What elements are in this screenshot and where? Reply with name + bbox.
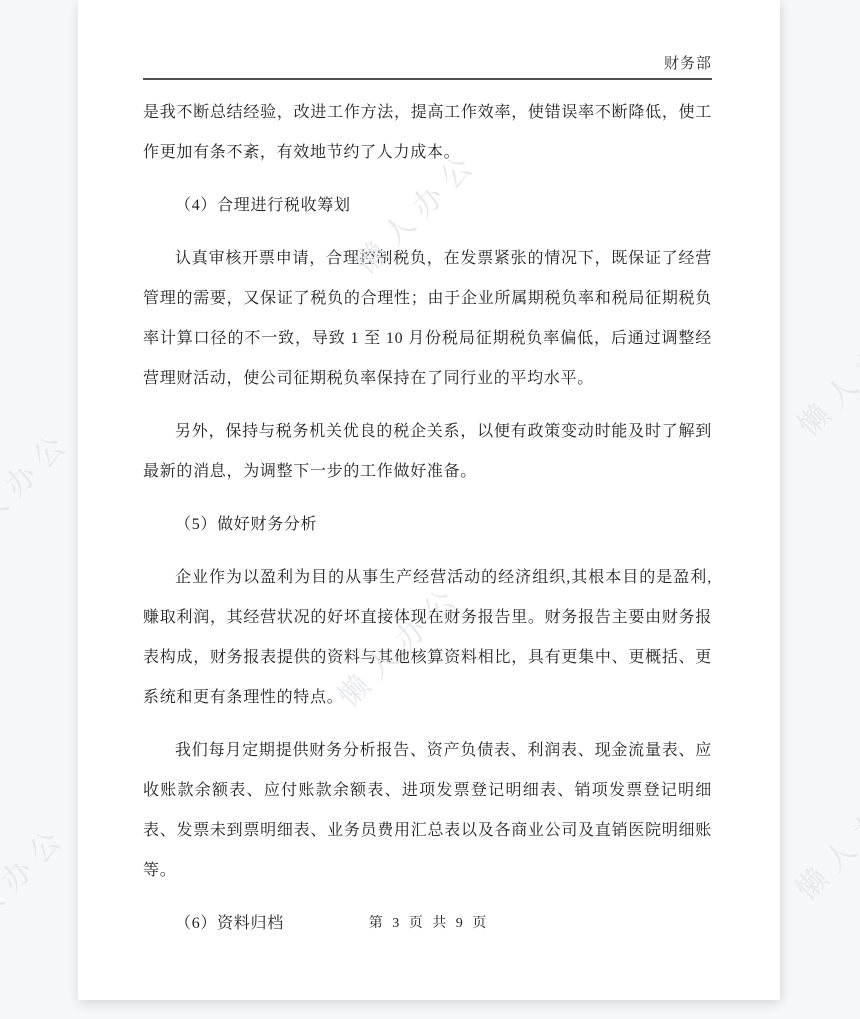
- page-header-department: 财务部: [143, 0, 712, 80]
- document-page: 财务部 是我不断总结经验，改进工作方法，提高工作效率，使错误率不断降低，使工作更…: [78, 0, 780, 1000]
- page-content: 财务部 是我不断总结经验，改进工作方法，提高工作效率，使错误率不断降低，使工作更…: [78, 0, 780, 944]
- section-heading-5: （5）做好财务分析: [143, 505, 712, 545]
- body-paragraph-financial-analysis: 企业作为以盈利为目的从事生产经营活动的经济组织,其根本目的是盈利,赚取利润，其经…: [143, 558, 712, 718]
- document-viewer-canvas: 财务部 是我不断总结经验，改进工作方法，提高工作效率，使错误率不断降低，使工作更…: [0, 0, 860, 1019]
- section-heading-4: （4）合理进行税收筹划: [143, 186, 712, 226]
- body-paragraph-monthly-reports: 我们每月定期提供财务分析报告、资产负债表、利润表、现金流量表、应收账款余额表、应…: [143, 731, 712, 891]
- document-body: 是我不断总结经验，改进工作方法，提高工作效率，使错误率不断降低，使工作更加有条不…: [143, 93, 712, 944]
- watermark-text: 懒人办公: [784, 764, 860, 908]
- body-paragraph-tax-review: 认真审核开票申请，合理控制税负，在发票紧张的情况下，既保证了经营管理的需要，又保…: [143, 239, 712, 399]
- body-paragraph-tax-relations: 另外，保持与税务机关优良的税企关系，以便有政策变动时能及时了解到最新的消息，为调…: [143, 412, 712, 492]
- watermark-text: 懒人办公: [0, 812, 76, 956]
- page-number-indicator: 第 3 页 共 9 页: [78, 912, 780, 932]
- watermark-text: 懒人办公: [786, 300, 860, 444]
- body-paragraph-continuation: 是我不断总结经验，改进工作方法，提高工作效率，使错误率不断降低，使工作更加有条不…: [143, 93, 712, 173]
- watermark-text: 懒人办公: [0, 417, 80, 561]
